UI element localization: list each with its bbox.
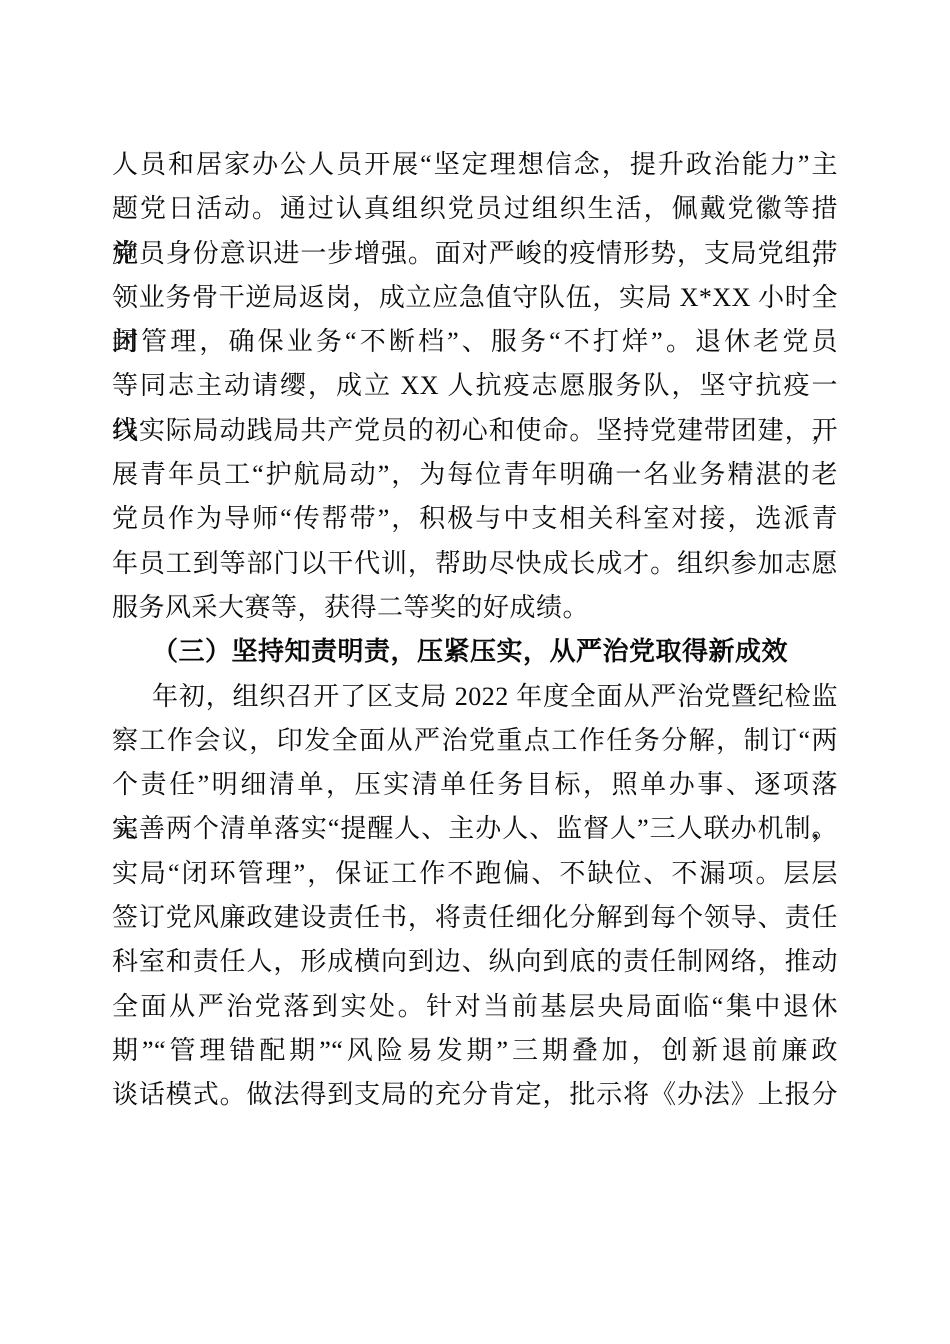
- text-line-p3-8: 全面从严治党落到实处。针对当前基层央局面临“集中退休: [112, 985, 838, 1029]
- text-line-p3-7: 科室和责任人，形成横向到边、纵向到底的责任制网络，推动: [112, 940, 838, 984]
- text-line-p1-3: 党员身份意识进一步增强。面对严峻的疫情形势，支局党组带: [112, 232, 838, 276]
- text-line-p1-2: 题党日活动。通过认真组织党员过组织生活，佩戴党徽等措施，: [112, 187, 838, 231]
- text-line-p1-11: 服务风采大赛等，获得二等奖的好成绩。: [112, 586, 838, 630]
- text-line-p1-6: 等同志主动请缨，成立 XX 人抗疫志愿服务队，坚守抗疫一线，: [112, 364, 838, 408]
- text-line-p1-5: 闭管理，确保业务“不断档”、服务“不打烊”。退休老党员: [112, 320, 838, 364]
- text-line-p3-9: 期”“管理错配期”“风险易发期”三期叠加，创新退前廉政: [112, 1029, 838, 1073]
- text-line-p1-1: 人员和居家办公人员开展“坚定理想信念，提升政治能力”主: [112, 143, 838, 187]
- text-line-p3-3: 个责任”明细清单，压实清单任务目标，照单办事、逐项落实。: [112, 763, 838, 807]
- text-line-p1-9: 党员作为导师“传帮带”，积极与中支相关科室对接，选派青: [112, 497, 838, 541]
- heading-line-p2-1: （三）坚持知责明责，压紧压实，从严治党取得新成效: [112, 630, 838, 674]
- document-page: 人员和居家办公人员开展“坚定理想信念，提升政治能力”主题党日活动。通过认真组织党…: [0, 0, 950, 1344]
- text-line-p3-2: 察工作会议，印发全面从严治党重点工作任务分解，制订“两: [112, 719, 838, 763]
- text-line-p1-8: 展青年员工“护航局动”，为每位青年明确一名业务精湛的老: [112, 453, 838, 497]
- document-text-block: 人员和居家办公人员开展“坚定理想信念，提升政治能力”主题党日活动。通过认真组织党…: [112, 143, 838, 1118]
- text-line-p3-6: 签订党风廉政建设责任书，将责任细化分解到每个领导、责任: [112, 896, 838, 940]
- text-line-p3-10: 谈话模式。做法得到支局的充分肯定，批示将《办法》上报分: [112, 1073, 838, 1117]
- text-line-p1-10: 年员工到等部门以干代训，帮助尽快成长成才。组织参加志愿: [112, 542, 838, 586]
- text-line-p3-4: 完善两个清单落实“提醒人、主办人、监督人”三人联办机制，: [112, 807, 838, 851]
- text-line-p3-1: 年初，组织召开了区支局 2022 年度全面从严治党暨纪检监: [112, 675, 838, 719]
- text-line-p3-5: 实局“闭环管理”，保证工作不跑偏、不缺位、不漏项。层层: [112, 852, 838, 896]
- text-line-p1-7: 以实际局动践局共产党员的初心和使命。坚持党建带团建，开: [112, 409, 838, 453]
- text-line-p1-4: 领业务骨干逆局返岗，成立应急值守队伍，实局 X*XX 小时全封: [112, 276, 838, 320]
